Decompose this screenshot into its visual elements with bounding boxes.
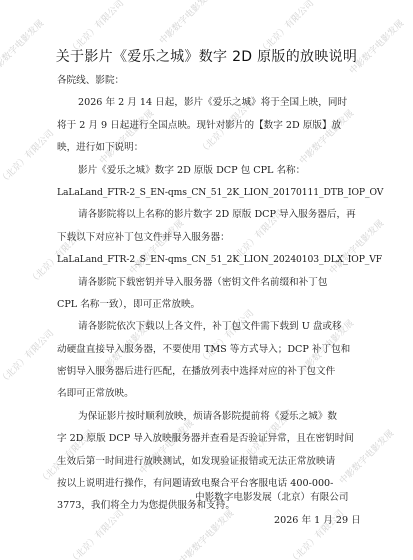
watermark-text: 中影数字电影发展 [156,0,216,47]
body-line: 请各影院依次下载以上各文件，补丁包文件需下载到 U 盘或移 [57,316,345,338]
greeting: 各院线、影院： [57,70,345,92]
body-line: 2026 年 2 月 14 日起，影片《爱乐之城》将于全国上映，同时 [57,92,345,114]
watermark-text: （北京）有限公司 [0,126,56,186]
body-line: 动硬盘直接导入服务器，不要使用 TMS 等方式导入；DCP 补丁包和 [57,339,345,361]
body-line: 请各影院将以上名称的影片数字 2D 原版 DCP 导入服务器后，再 [57,204,345,226]
body-line: 下载以下对应补丁包文件并导入服务器： [57,227,345,249]
signature-date: 2026 年 1 月 29 日 [274,512,361,526]
cpl-filename: LaLaLand_FTR-2_S_EN-qms_CN_51_2K_LION_20… [57,182,345,204]
body-line: 生效后第一时间进行放映测试，如发现验证报错或无法正常放映请 [57,451,345,473]
body-line: 名即可正常放映。 [57,383,345,405]
document-title: 关于影片《爱乐之城》数字 2D 原版的放映说明 [0,46,413,66]
body-line: 映，进行如下说明： [57,137,345,159]
document-page: 中影数字电影发展（北京）有限公司中影数字电影发展（北京）有限公司中影数字电影发展… [0,0,413,560]
body-line: 将于 2 月 9 日起进行全国点映。现针对影片的【数字 2D 原版】放 [57,115,345,137]
document-body: 各院线、影院： 2026 年 2 月 14 日起，影片《爱乐之城》将于全国上映，… [57,70,345,518]
body-line: CPL 名称一致），即可正常放映。 [57,294,345,316]
body-line: 为保证影片按时顺利放映，烦请各影院提前将《爱乐之城》数 [57,406,345,428]
signature-company: 中影数字电影发展（北京）有限公司 [195,489,349,503]
body-line: 请各影院下载密钥并导入服务器（密钥文件名前缀和补丁包 [57,272,345,294]
watermark-text: （北京）有限公司 [0,326,56,386]
body-line: 影片《爱乐之城》数字 2D 原版 DCP 包 CPL 名称： [57,160,345,182]
cpl-filename: LaLaLand_FTR-2_S_EN-qms_CN_51_2K_LION_20… [57,249,345,271]
body-line: 字 2D 原版 DCP 导入放映服务器并查看是否验证异常，且在密钥时间 [57,428,345,450]
body-line: 密钥导入服务器后进行匹配，在播放列表中选择对应的补丁包文件 [57,361,345,383]
